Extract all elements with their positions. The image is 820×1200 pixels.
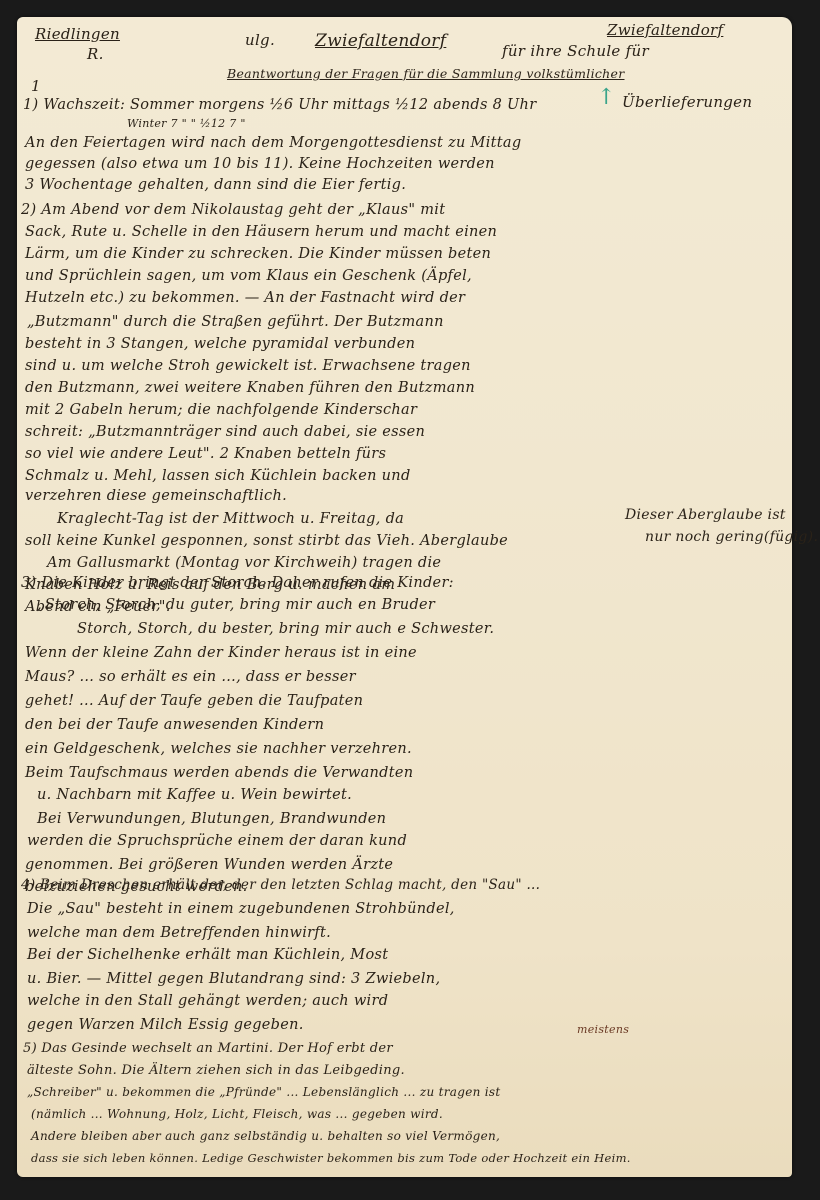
text-line: soll keine Kunkel gesponnen, sonst stirb…: [25, 533, 508, 549]
header-title-line: Beantwortung der Fragen für die Sammlung…: [227, 66, 625, 81]
text-line: gegen Warzen Milch Essig gegeben.: [27, 1017, 304, 1033]
text-line: Wenn der kleine Zahn der Kinder heraus i…: [25, 645, 417, 661]
text-line: älteste Sohn. Die Ältern ziehen sich in …: [27, 1063, 405, 1078]
text-line: „Schreiber" u. bekommen die „Pfründe" ..…: [27, 1085, 500, 1099]
text-line: Am Gallusmarkt (Montag vor Kirchweih) tr…: [47, 555, 441, 571]
text-line: den bei der Taufe anwesenden Kindern: [25, 717, 324, 733]
text-line: besteht in 3 Stangen, welche pyramidal v…: [25, 336, 415, 352]
text-line: Bei der Sichelhenke erhält man Küchlein,…: [27, 947, 388, 963]
header-right-place: Zwiefaltendorf: [607, 21, 723, 39]
text-line: 1) Wachszeit: Sommer morgens ½6 Uhr mitt…: [23, 97, 536, 113]
text-line: werden die Spruchsprüche einem der daran…: [27, 833, 407, 849]
text-line: „Butzmann" durch die Straßen geführt. De…: [27, 314, 444, 330]
text-line: Die „Sau" besteht in einem zugebundenen …: [27, 901, 455, 917]
text-line: mit 2 Gabeln herum; die nachfolgende Kin…: [25, 402, 417, 418]
header-left-sub: R.: [87, 45, 104, 63]
text-line: Lärm, um die Kinder zu schrecken. Die Ki…: [25, 246, 491, 262]
text-line: Beim Taufschmaus werden abends die Verwa…: [25, 765, 413, 781]
manuscript-page: Riedlingen R. ulg. Zwiefaltendorf Zwiefa…: [17, 17, 792, 1177]
text-line: gegessen (also etwa um 10 bis 11). Keine…: [25, 156, 495, 172]
margin-note-line2: nur noch gering(fügig).: [645, 529, 818, 545]
text-line: Kraglecht-Tag ist der Mittwoch u. Freita…: [57, 511, 404, 527]
text-line: Sack, Rute u. Schelle in den Häusern her…: [25, 224, 497, 240]
header-center-title: Zwiefaltendorf: [315, 31, 446, 51]
text-line: Winter 7 " " ½12 7 ": [127, 117, 246, 130]
text-line: welche in den Stall gehängt werden; auch…: [27, 993, 388, 1009]
text-line: verzehren diese gemeinschaftlich.: [25, 488, 287, 504]
text-line: schreit: „Butzmannträger sind auch dabei…: [25, 424, 425, 440]
page-number: 1: [31, 77, 41, 95]
header-center-prefix: ulg.: [245, 31, 275, 49]
green-insert-mark-icon: ↑: [597, 85, 616, 110]
text-line: den Butzmann, zwei weitere Knaben führen…: [25, 380, 475, 396]
text-line: Andere bleiben aber auch ganz selbständi…: [31, 1129, 500, 1143]
text-line: An den Feiertagen wird nach dem Morgengo…: [25, 135, 521, 151]
text-line: welche man dem Betreffenden hinwirft.: [27, 925, 331, 941]
text-line: gehet! ... Auf der Taufe geben die Taufp…: [25, 693, 363, 709]
header-title-end: Überlieferungen: [622, 93, 752, 111]
text-line: u. Nachbarn mit Kaffee u. Wein bewirtet.: [37, 787, 352, 803]
text-line: (nämlich ... Wohnung, Holz, Licht, Fleis…: [31, 1107, 443, 1121]
text-line: 3 Wochentage gehalten, dann sind die Eie…: [25, 177, 406, 193]
text-line: so viel wie andere Leut". 2 Knaben bette…: [25, 446, 386, 462]
text-line: Hutzeln etc.) zu bekommen. — An der Fast…: [25, 290, 465, 306]
insert-above-line: meistens: [577, 1023, 629, 1036]
text-line: 4) Beim Dreschen erhält der, der den let…: [21, 877, 540, 893]
text-line: 3) Die Kinder bringt der Storch. Daher r…: [21, 575, 454, 591]
text-line: sind u. um welche Stroh gewickelt ist. E…: [25, 358, 471, 374]
header-left-place: Riedlingen: [35, 25, 120, 43]
text-line: ein Geldgeschenk, welches sie nachher ve…: [25, 741, 412, 757]
text-line: Bei Verwundungen, Blutungen, Brandwunden: [37, 811, 386, 827]
text-line: Maus? ... so erhält es ein ..., dass er …: [25, 669, 356, 685]
text-line: Schmalz u. Mehl, lassen sich Küchlein ba…: [25, 468, 411, 484]
text-line: Storch, Storch, du bester, bring mir auc…: [77, 621, 494, 637]
text-line: „Storch, Storch, du guter, bring mir auc…: [37, 597, 435, 613]
text-line: 2) Am Abend vor dem Nikolaustag geht der…: [21, 202, 445, 218]
text-line: und Sprüchlein sagen, um vom Klaus ein G…: [25, 268, 472, 284]
margin-note-line1: Dieser Aberglaube ist: [625, 507, 786, 523]
header-right-line1: für ihre Schule für: [502, 42, 649, 60]
text-line: genommen. Bei größeren Wunden werden Ärz…: [25, 857, 393, 873]
text-line: 5) Das Gesinde wechselt an Martini. Der …: [23, 1041, 393, 1056]
text-line: dass sie sich leben können. Ledige Gesch…: [31, 1151, 631, 1165]
text-line: u. Bier. — Mittel gegen Blutandrang sind…: [27, 971, 440, 987]
